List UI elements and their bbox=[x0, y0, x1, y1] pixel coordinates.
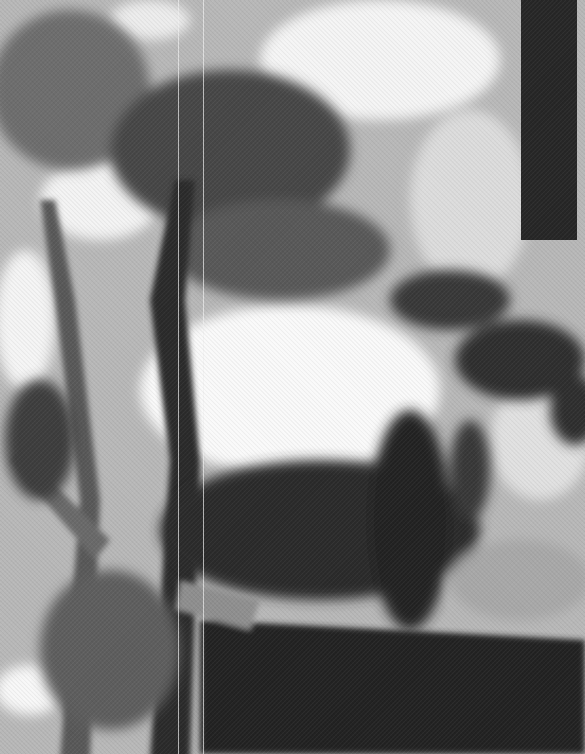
halftone-photograph bbox=[0, 0, 585, 754]
dark-post bbox=[521, 0, 577, 240]
film-scratch bbox=[203, 0, 204, 754]
photo-scene bbox=[0, 0, 585, 754]
film-scratch bbox=[178, 0, 179, 754]
